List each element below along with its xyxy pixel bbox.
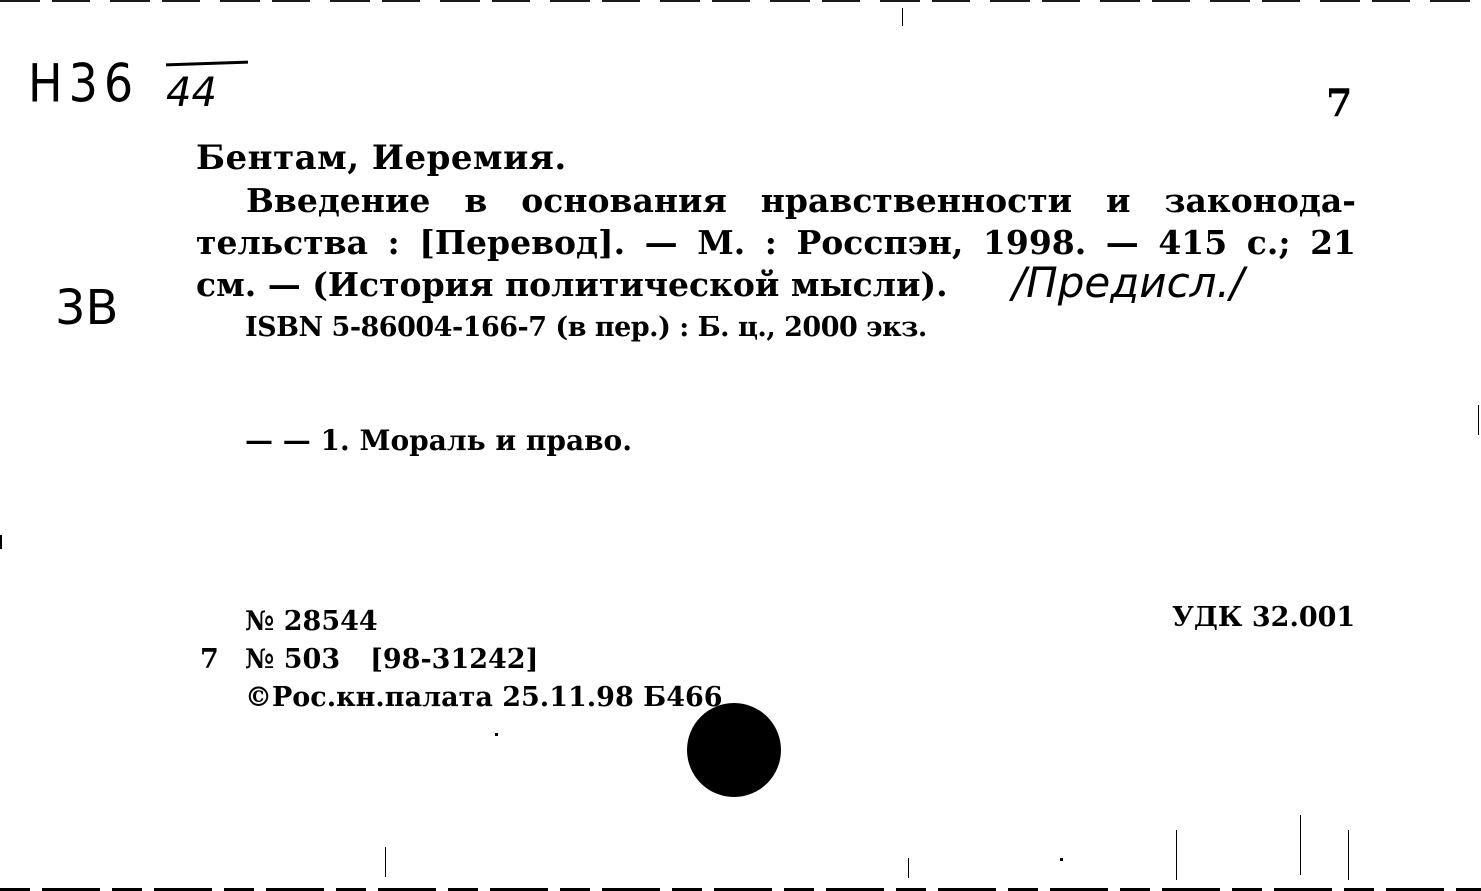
scan-artifact bbox=[1300, 815, 1301, 875]
catalog-number-secondary: № 503 bbox=[245, 644, 340, 675]
fraction-bar bbox=[166, 61, 248, 67]
registry-code: [98-31242] bbox=[370, 644, 538, 675]
catalog-number: № 28544 bbox=[245, 606, 378, 637]
catalog-row: 7№ 503[98-31242] bbox=[200, 644, 538, 675]
isbn-line: ISBN 5-86004-166-7 (в пер.) : Б. ц., 200… bbox=[245, 312, 927, 343]
scan-artifact bbox=[1176, 830, 1177, 880]
scan-artifact bbox=[385, 847, 386, 877]
handwritten-margin-mark: 3В bbox=[55, 280, 118, 336]
row-prefix: 7 bbox=[200, 644, 245, 675]
title-line: тельства : [Перевод]. — М. : Росспэн, 19… bbox=[196, 222, 1356, 264]
scan-artifact bbox=[902, 8, 903, 26]
card-number: 7 bbox=[1326, 80, 1352, 125]
scan-edge-top bbox=[0, 0, 1481, 2]
book-chamber-line: ©Рос.кн.палата 25.11.98 Б466 bbox=[245, 682, 723, 713]
title-line: см. — (История политической мысли). bbox=[196, 264, 1356, 306]
scan-artifact bbox=[1060, 858, 1063, 861]
scan-artifact bbox=[495, 733, 498, 736]
handwritten-fraction-denominator: 44 bbox=[166, 70, 217, 116]
subject-heading: — — 1. Мораль и право. bbox=[245, 424, 632, 457]
scan-artifact bbox=[1348, 830, 1349, 880]
udk-code: УДК 32.001 bbox=[1172, 602, 1355, 633]
scan-artifact bbox=[0, 535, 2, 549]
punch-hole bbox=[687, 703, 781, 797]
title-description: Введение в основания нравственности и за… bbox=[196, 180, 1356, 306]
title-line: Введение в основания нравственности и за… bbox=[196, 180, 1356, 222]
author-heading: Бентам, Иеремия. bbox=[196, 138, 567, 178]
scan-artifact bbox=[1478, 405, 1479, 435]
handwritten-shelf-mark: Н36 bbox=[28, 52, 139, 114]
scan-artifact bbox=[908, 858, 909, 878]
catalog-card: Н36 44 3В /Предисл./ 7 Бентам, Иеремия. … bbox=[0, 0, 1481, 891]
